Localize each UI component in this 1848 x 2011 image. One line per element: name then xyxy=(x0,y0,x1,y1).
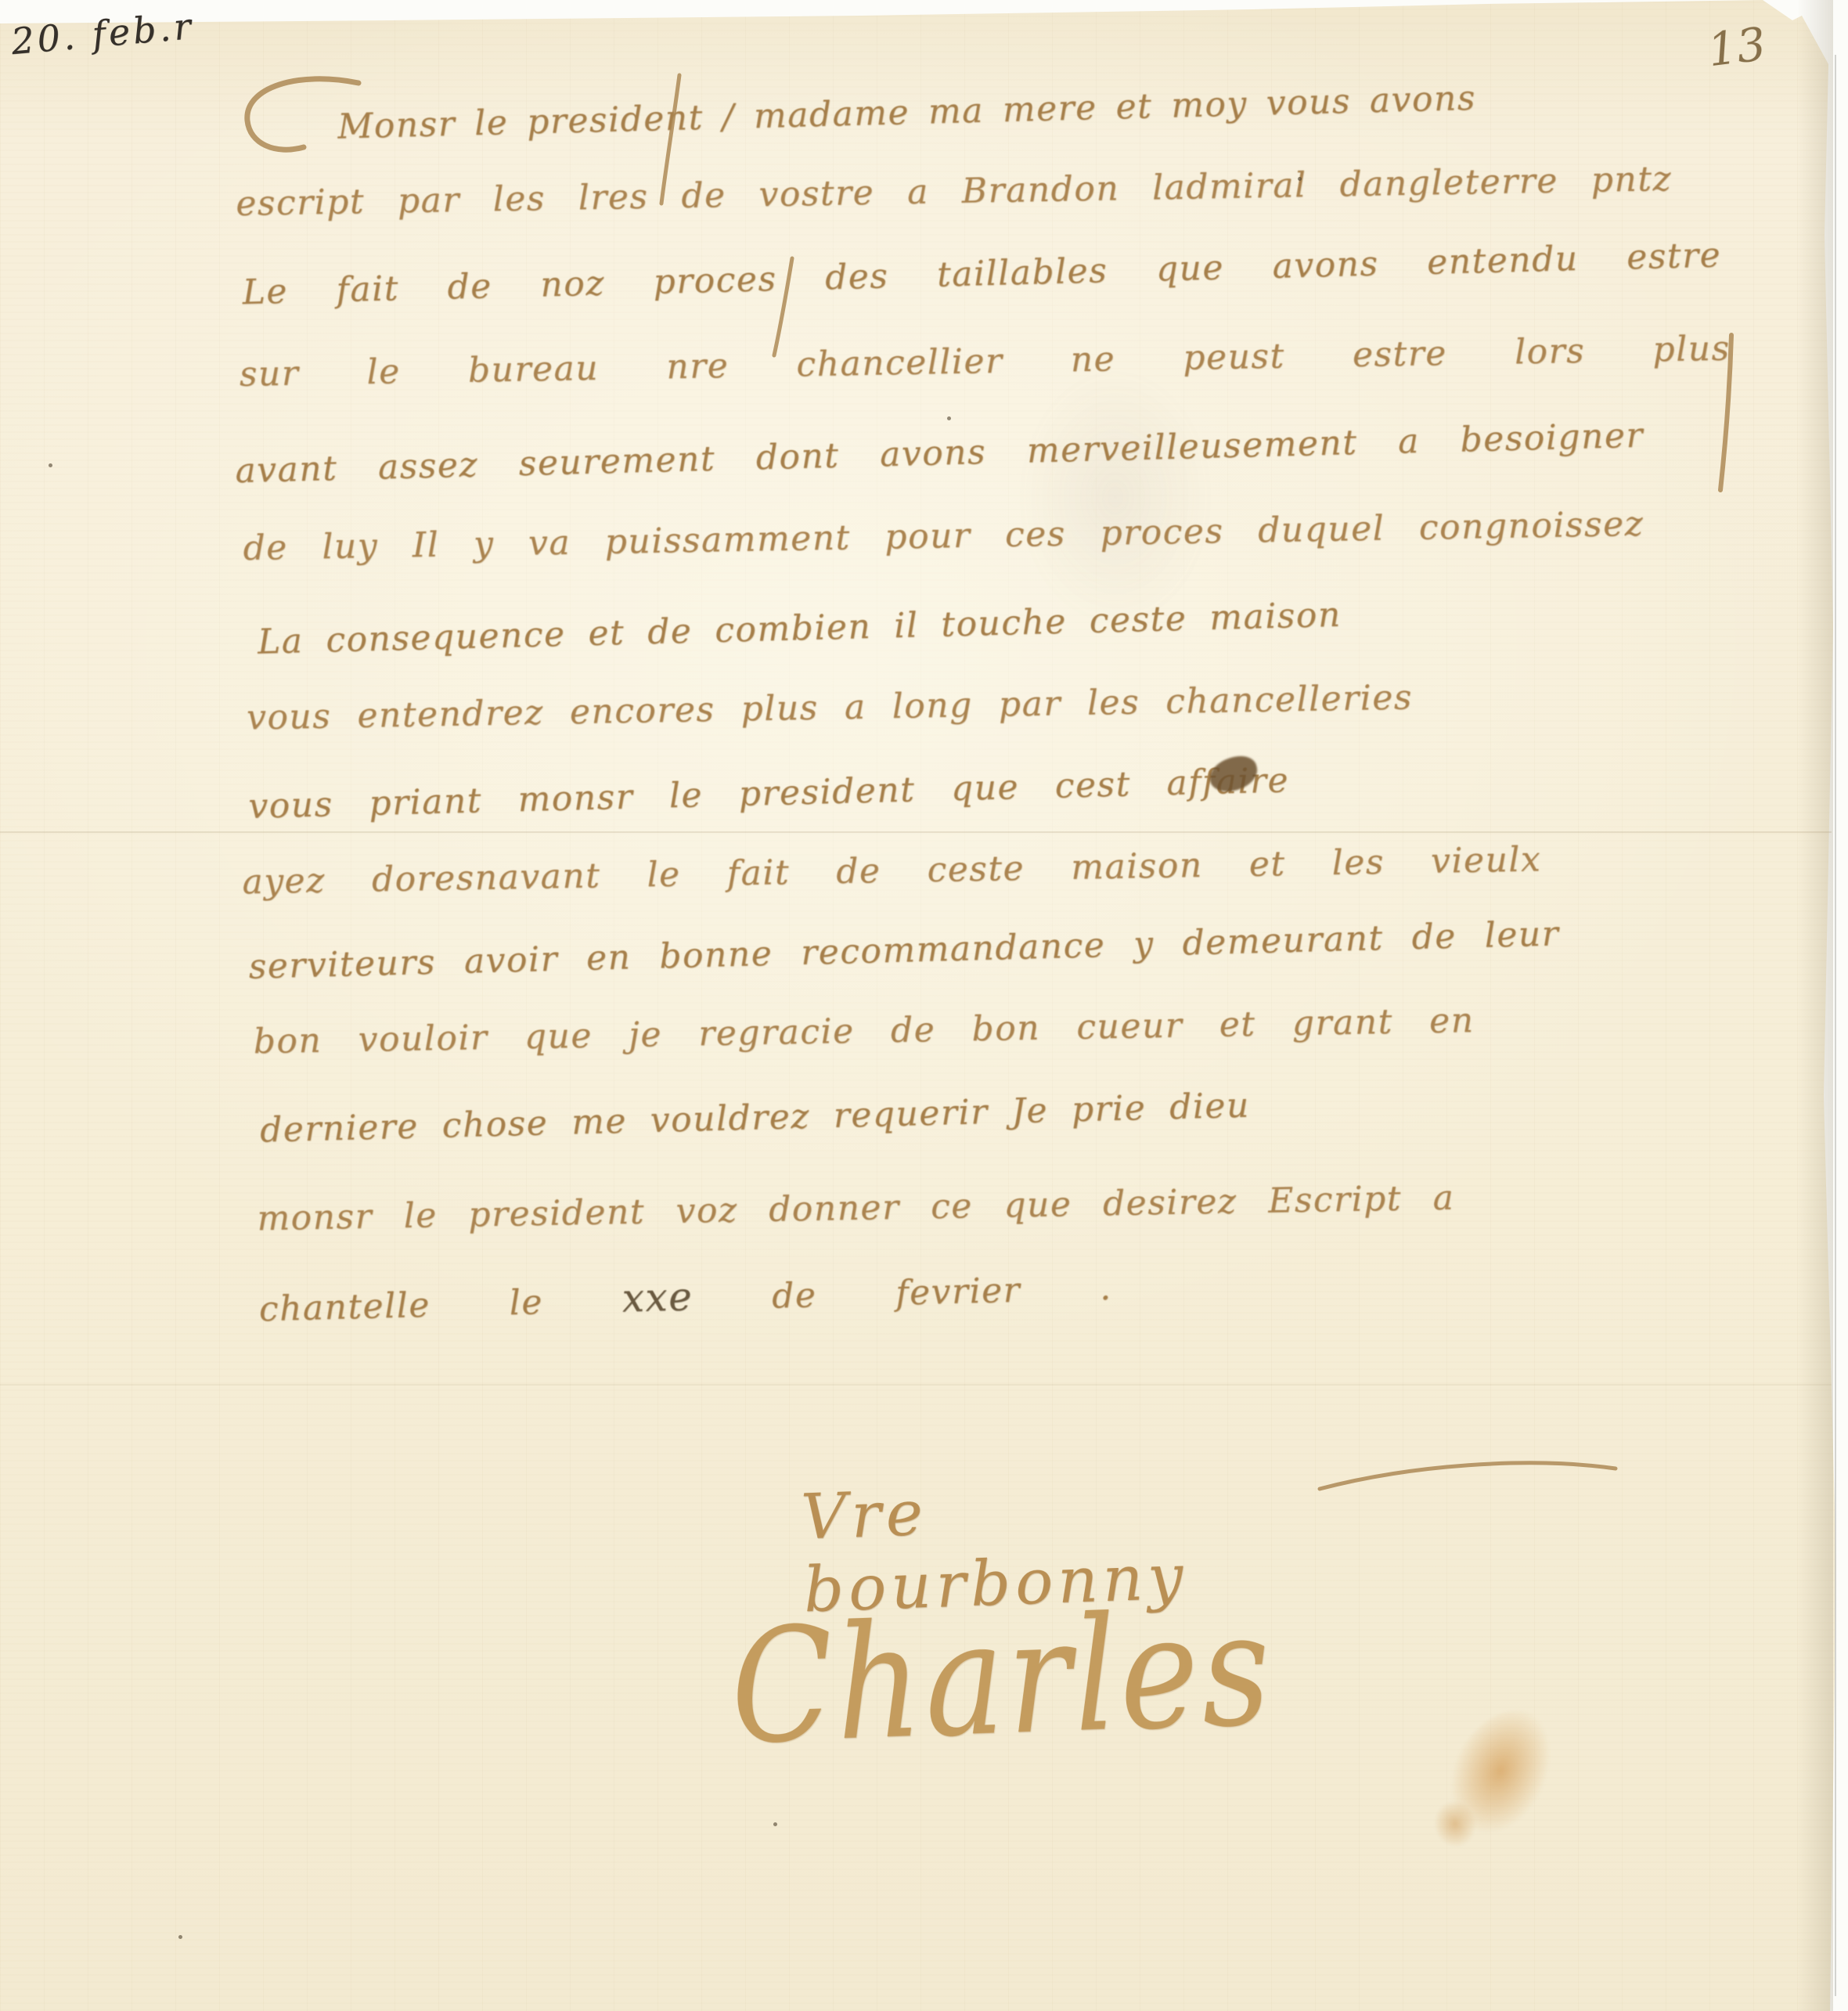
paper-speck xyxy=(49,463,52,467)
ascender-stroke xyxy=(661,75,679,204)
paper-speck xyxy=(947,416,951,420)
paper-speck xyxy=(1298,177,1302,181)
ascender-stroke xyxy=(774,258,792,355)
descender-stroke xyxy=(1720,335,1731,490)
manuscript-scan: 20. feb.r 13 Monsr le president / madame… xyxy=(0,0,1848,2011)
pen-flourishes xyxy=(0,0,1848,2011)
paper-speck xyxy=(773,1822,777,1826)
valediction-swash xyxy=(1320,1463,1616,1489)
opening-swash xyxy=(247,79,358,150)
paper-speck xyxy=(178,1935,182,1939)
